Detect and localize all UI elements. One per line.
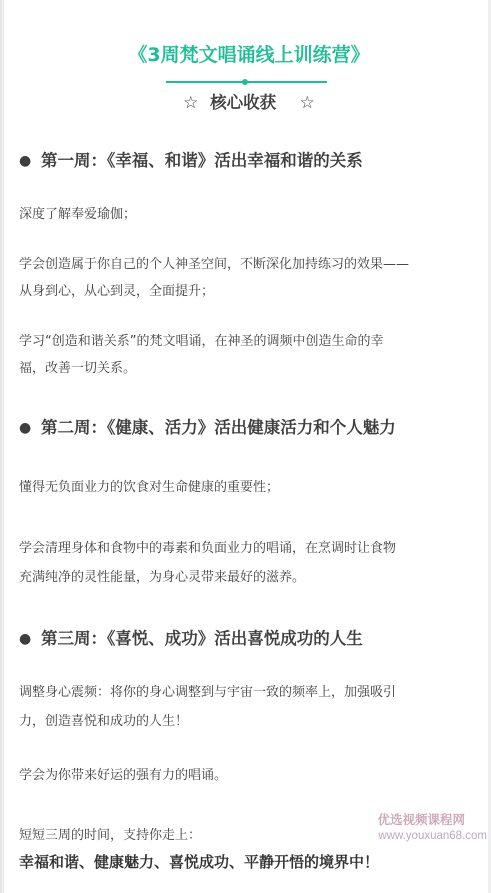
closing-statement: 幸福和谐、健康魅力、喜悦成功、平静开悟的境界中！	[19, 851, 379, 872]
paragraph-line: 力，创造喜悦和成功的人生！	[19, 708, 479, 735]
week-2-paragraph-1: 懂得无负面业力的饮食对生命健康的重要性；	[19, 474, 479, 501]
watermark-name: 优选视频课程网	[377, 812, 465, 828]
bullet-icon: ●	[19, 631, 31, 647]
title-divider	[166, 81, 327, 83]
star-icon: ☆	[300, 93, 315, 113]
week-1-heading-text: 第一周：《幸福、和谐》活出幸福和谐的关系	[41, 151, 363, 170]
section-subtitle: ☆ 核心收获 ☆	[19, 89, 479, 113]
paragraph-line: 学会创造属于你自己的个人神圣空间，不断深化加持练习的效果——	[19, 251, 479, 278]
week-3-heading-text: 第三周：《喜悦、成功》活出喜悦成功的人生	[41, 629, 363, 648]
week-1-paragraph-2: 学会创造属于你自己的个人神圣空间，不断深化加持练习的效果—— 从身到心，从心到灵…	[19, 251, 479, 305]
paragraph-line: 学会为你带来好运的强有力的唱诵。	[19, 762, 479, 789]
week-3-heading: ● 第三周：《喜悦、成功》活出喜悦成功的人生	[19, 625, 363, 649]
week-1-paragraph-3: 学习“创造和谐关系”的梵文唱诵，在神圣的调频中创造生命的幸 福，改善一切关系。	[19, 328, 479, 382]
week-3-paragraph-2: 学会为你带来好运的强有力的唱诵。	[19, 762, 479, 789]
paragraph-line: 从身到心，从心到灵，全面提升；	[19, 278, 479, 305]
paragraph-line: 学习“创造和谐关系”的梵文唱诵，在神圣的调频中创造生命的幸	[19, 328, 479, 355]
watermark-url: www.youxuan68.com	[377, 828, 487, 844]
bullet-icon: ●	[19, 420, 31, 436]
week-1-heading: ● 第一周：《幸福、和谐》活出幸福和谐的关系	[19, 147, 363, 171]
paragraph-line: 调整身心震频：将你的身心调整到与宇宙一致的频率上，加强吸引	[19, 679, 479, 706]
bullet-icon: ●	[19, 153, 31, 169]
paragraph-line: 福，改善一切关系。	[19, 355, 479, 382]
divider-dot	[242, 79, 248, 85]
star-icon: ☆	[183, 93, 198, 113]
week-2-paragraph-2: 学会清理身体和食物中的毒素和负面业力的唱诵，在烹调时让食物 充满纯净的灵性能量，…	[19, 535, 479, 591]
watermark: 优选视频课程网 www.youxuan68.com	[377, 812, 487, 844]
left-border	[0, 0, 4, 893]
page-title: 《3周梵文唱诵线上训练营》	[19, 40, 479, 67]
paragraph-line: 懂得无负面业力的饮食对生命健康的重要性；	[19, 474, 479, 501]
paragraph-line: 深度了解奉爱瑜伽；	[19, 201, 479, 228]
week-3-paragraph-1: 调整身心震频：将你的身心调整到与宇宙一致的频率上，加强吸引 力，创造喜悦和成功的…	[19, 679, 479, 735]
paragraph-line: 充满纯净的灵性能量，为身心灵带来最好的滋养。	[19, 564, 479, 591]
paragraph-line: 学会清理身体和食物中的毒素和负面业力的唱诵，在烹调时让食物	[19, 535, 479, 562]
week-1-paragraph-1: 深度了解奉爱瑜伽；	[19, 201, 479, 228]
week-2-heading-text: 第二周：《健康、活力》活出健康活力和个人魅力	[41, 418, 396, 437]
subtitle-text: 核心收获	[210, 93, 276, 112]
week-2-heading: ● 第二周：《健康、活力》活出健康活力和个人魅力	[19, 414, 396, 438]
